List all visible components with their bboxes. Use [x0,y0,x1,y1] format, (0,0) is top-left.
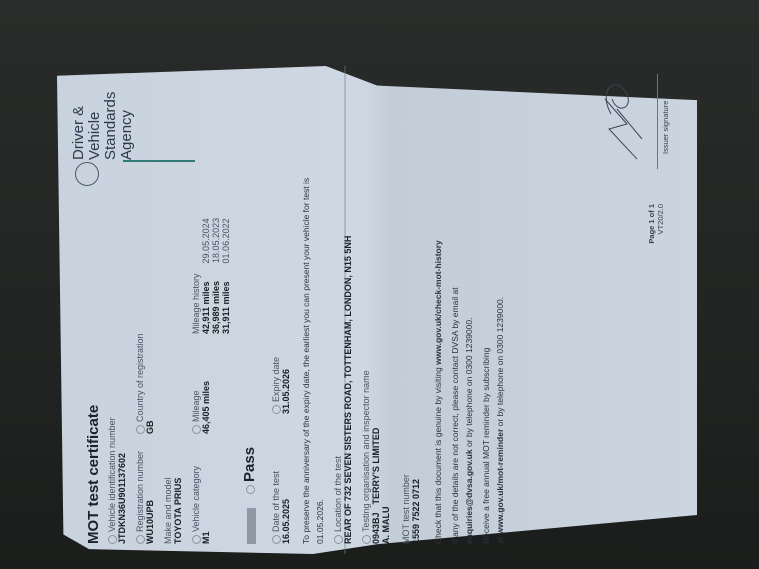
reg-value: WU10UPB [145,451,155,544]
field-number-icon [246,485,255,494]
org-field: Testing organisation and inspector name … [361,370,391,544]
test-number-field: MOT test number 1559 7522 0712 [401,474,421,544]
history-date: 01.06.2022 [221,218,231,263]
certificate-title: MOT test certificate [85,405,102,544]
page-number: Page 1 of 1 [647,204,656,284]
incorrect-text-2: or by telephone on 0300 1239000. [464,318,474,448]
expiry-field: Expiry date 31.05.2026 [271,357,291,414]
date-label: Date of the test [271,471,281,532]
form-code: VT20/2.0 [656,204,665,284]
category-label: Vehicle category [191,466,201,532]
test-number-label: MOT test number [401,474,411,544]
expiry-label: Expiry date [271,357,281,402]
history-date: 18.05.2023 [211,218,221,263]
category-field: Vehicle category M1 [191,466,211,544]
agency-line: Standards [103,64,119,160]
make-label: Make and model [163,477,173,544]
country-value: GB [145,333,155,434]
reg-label: Registration number [135,451,145,532]
mot-certificate: MOT test certificate Vehicle identificat… [57,64,697,554]
field-number-icon [192,535,201,544]
date-value: 16.05.2025 [281,471,291,544]
history-miles: 31,911 miles [221,281,231,334]
result-text: Pass [241,447,258,482]
check-link[interactable]: www.gov.uk/check-mot-history [433,240,443,365]
vin-field: Vehicle identification number JTDKN36U90… [107,417,127,544]
logo-divider [123,160,195,162]
vin-label: Vehicle identification number [107,417,117,532]
preserve-note: To preserve the anniversary of the expir… [299,144,327,544]
reminder-text: Receive a free annual MOT reminder by su… [481,348,491,544]
mileage-field: Mileage 46,405 miles [191,381,211,434]
mileage-value: 46,405 miles [201,381,211,434]
field-number-icon [334,535,343,544]
field-number-icon [272,405,281,414]
category-value: M1 [201,466,211,544]
reminder-prefix: at [495,537,505,544]
field-number-icon [272,535,281,544]
preserve-date: 01.05.2026. [315,499,325,544]
field-number-icon [362,535,371,544]
reg-field: Registration number WU10UPB [135,451,155,544]
email-link[interactable]: enquiries@dvsa.gov.uk [464,449,474,544]
dvsa-logo: Driver & Vehicle Standards Agency [71,64,135,160]
mileage-label: Mileage [191,390,201,422]
mileage-history: Mileage history 42,911 miles29.05.2024 3… [191,218,231,334]
expiry-value: 31.05.2026 [281,357,291,414]
page-info: Page 1 of 1 VT20/2.0 [647,204,665,284]
agency-line: Agency [119,64,135,160]
test-number-value: 1559 7522 0712 [411,474,421,544]
inspector-name: A. MALU [381,370,391,544]
field-number-icon [136,535,145,544]
incorrect-text: If any of the details are not correct, p… [450,287,460,544]
history-miles: 42,911 miles [201,281,211,334]
signature-area [597,69,657,169]
location-value: REAR OF 732 SEVEN SISTERS ROAD, TOTTENHA… [343,236,353,544]
country-field: Country of registration GB [135,333,155,434]
history-label: Mileage history [191,218,201,334]
field-number-icon [108,535,117,544]
org-code: 0943BJ [371,512,381,544]
preserve-text: To preserve the anniversary of the expir… [301,178,311,544]
result-pass: Pass [241,447,258,494]
royal-crest-icon [75,162,99,186]
result-bar [247,508,256,544]
check-text: Check that this document is genuine by v… [433,367,443,544]
org-label: Testing organisation and inspector name [361,370,371,532]
field-number-icon [136,425,145,434]
test-date-field: Date of the test 16.05.2025 [271,471,291,544]
history-date: 29.05.2024 [201,218,211,263]
agency-line: Driver & Vehicle [71,64,103,160]
reminder-text-2: or by telephone on 0300 1239000. [495,297,505,427]
vin-value: JTDKN36U901137602 [117,417,127,544]
footer-notes: Check that this document is genuine by v… [431,124,507,544]
location-field: Location of the test REAR OF 732 SEVEN S… [333,236,353,544]
location-label: Location of the test [333,456,343,532]
country-label: Country of registration [135,333,145,422]
history-miles: 36,989 miles [211,281,221,334]
signature-label: Issuer signature [661,101,670,154]
make-field: Make and model TOYOTA PRIUS [163,477,183,544]
org-name: TERRY'S LIMITED [371,428,381,505]
reminder-link[interactable]: www.gov.uk/mot-reminder [495,429,505,535]
signature-icon [597,69,657,169]
signature-line [657,74,658,169]
make-value: TOYOTA PRIUS [173,477,183,544]
field-number-icon [192,425,201,434]
